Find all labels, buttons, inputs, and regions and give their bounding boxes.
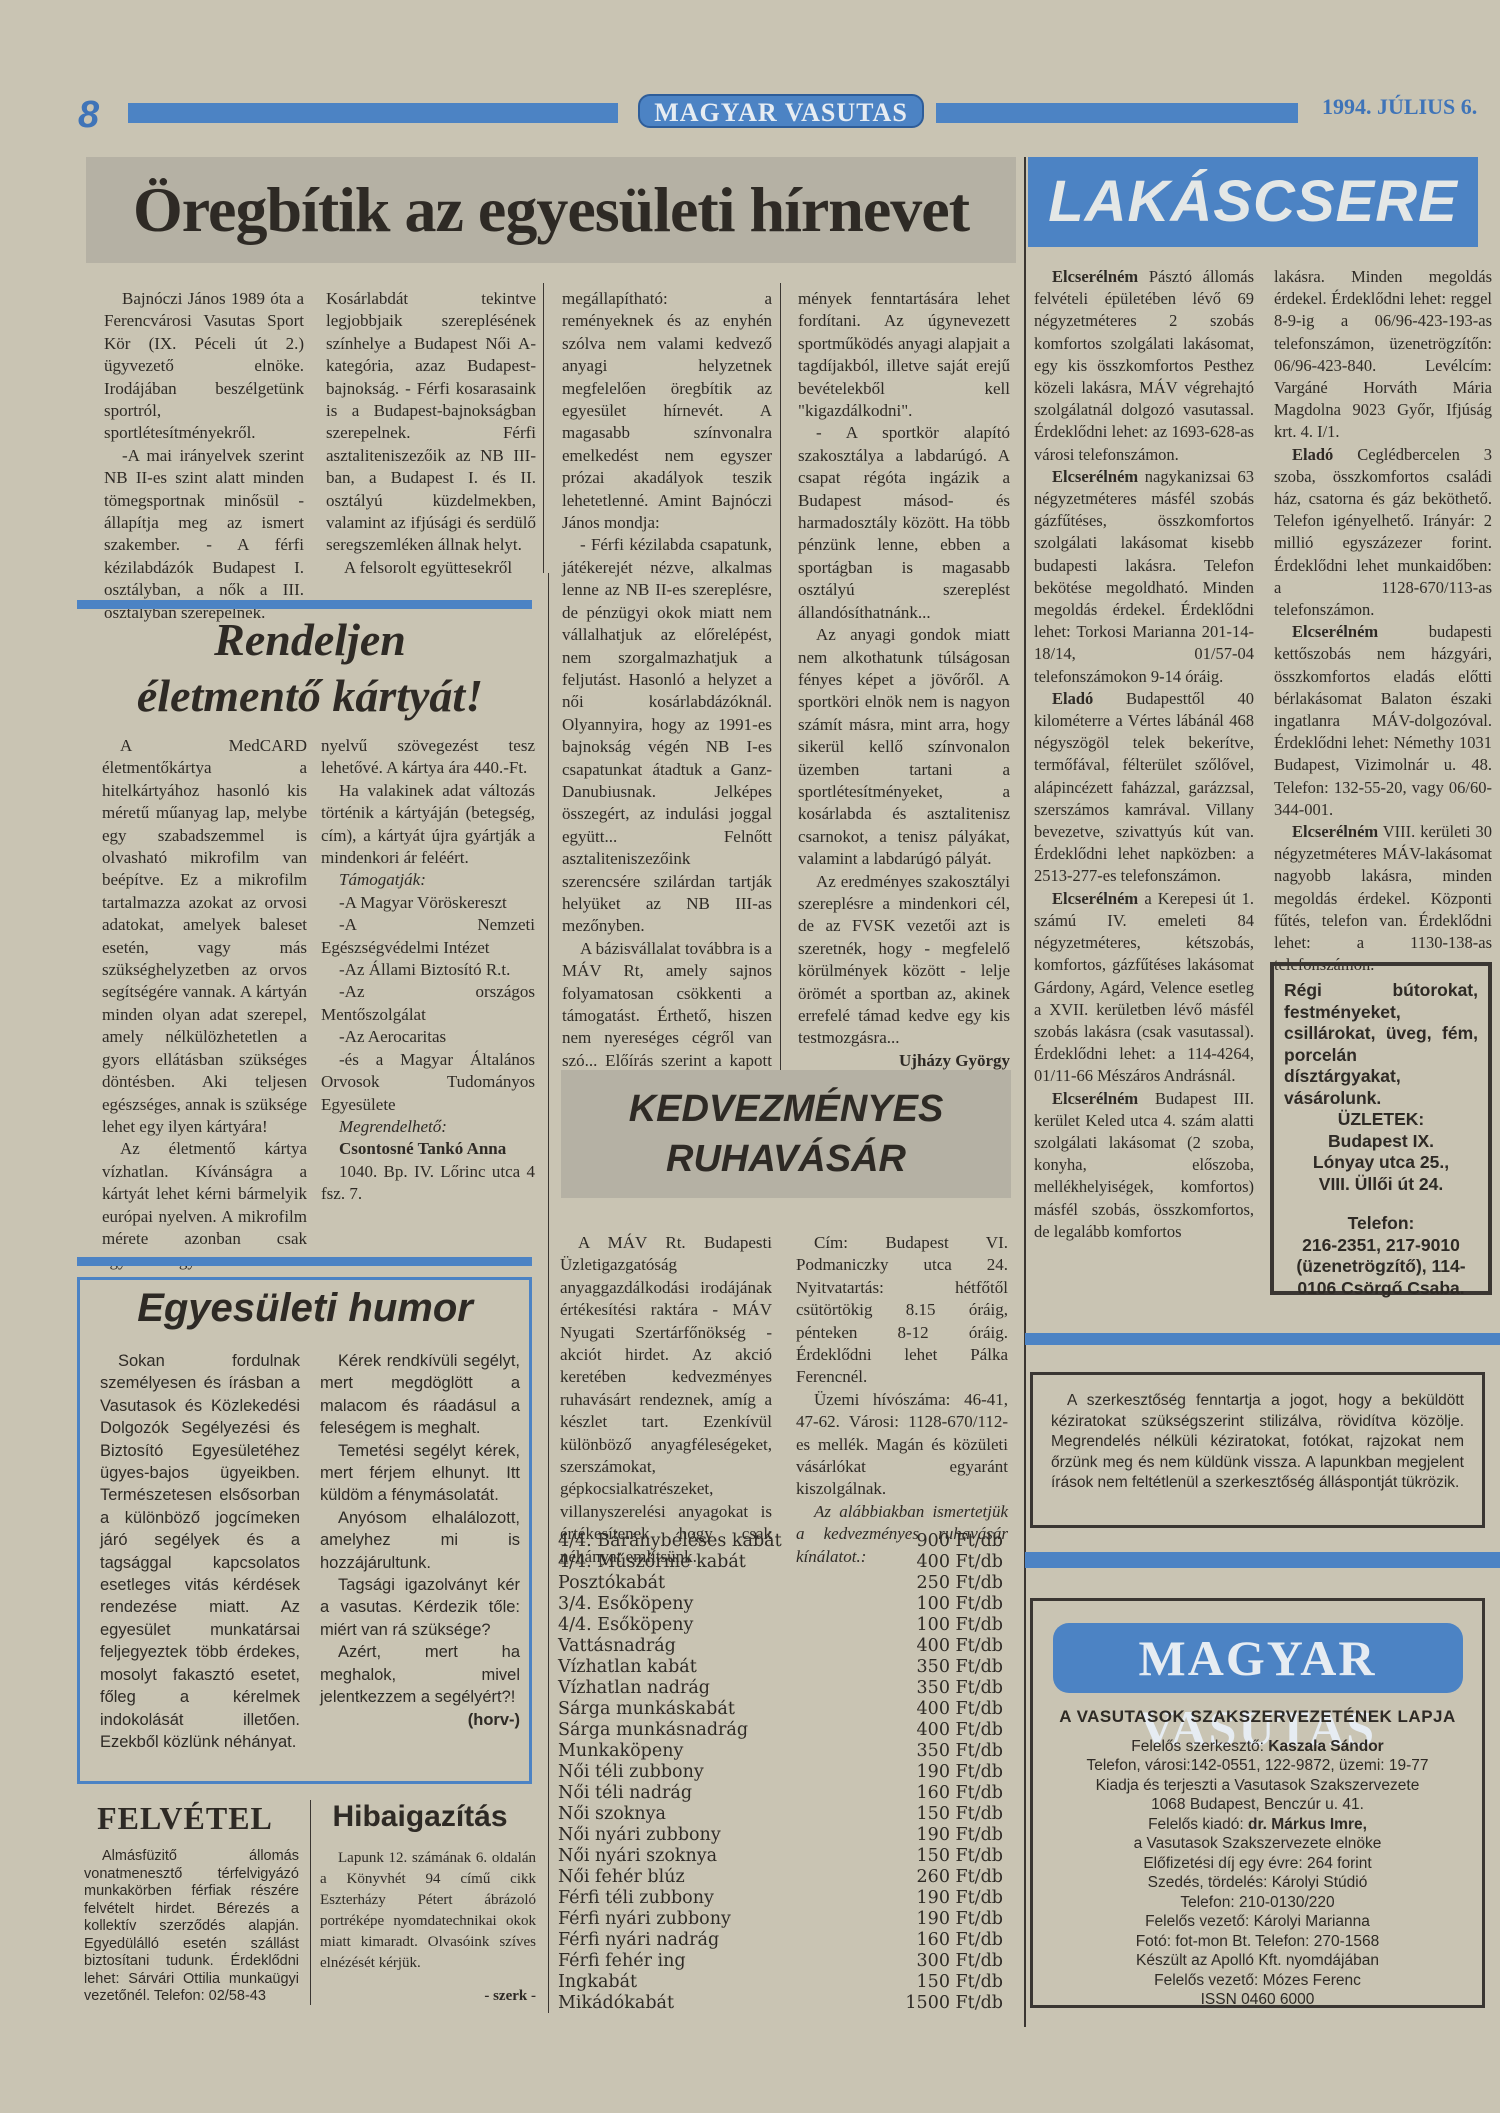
item-name: Női fehér blúz [558, 1867, 685, 1888]
item-price: 160 Ft/db [917, 1783, 1003, 1804]
classified-ad: Eladó Ceglédbercelen 3 szoba, összkomfor… [1274, 444, 1492, 622]
ad-lead: Elcserélném [1052, 467, 1138, 486]
imprint-line: Telefon, városi:142-0551, 122-9872, üzem… [1033, 1756, 1482, 1776]
item-price: 160 Ft/db [917, 1930, 1003, 1951]
item-price: 190 Ft/db [917, 1762, 1003, 1783]
price-row: Sárga munkáskabát400 Ft/db [558, 1699, 1003, 1720]
item-price: 260 Ft/db [917, 1867, 1003, 1888]
headline-line: KEDVEZMÉNYES [561, 1084, 1011, 1134]
main-article-col3: megállapítható: a reményeknek és az enyh… [562, 288, 772, 1095]
imprint-line: Szedés, tördelés: Károlyi Stúdió [1033, 1873, 1482, 1893]
item-price: 1500 Ft/db [905, 1993, 1003, 2014]
page-number: 8 [78, 94, 99, 137]
item-name: Női téli zubbony [558, 1762, 704, 1783]
masthead-logo-large: MAGYAR VASUTAS [1053, 1623, 1463, 1693]
editor-name: Kaszala Sándor [1268, 1738, 1383, 1755]
phone-numbers: 216-2351, 217-9010 (üzenetrögzítő), 114-… [1284, 1235, 1478, 1300]
quote: Tagsági igazolványt kér a vasutas. Kérde… [320, 1574, 520, 1641]
section-rule [77, 1257, 532, 1266]
order-label: Megrendelhető: [321, 1116, 535, 1138]
supporters-label: Támogatják: [321, 869, 535, 891]
paragraph: Lapunk 12. számának 6. oldalán a Könyvhé… [320, 1848, 536, 1974]
classified-ad: lakásra. Minden megoldás érdekel. Érdekl… [1274, 266, 1492, 444]
price-row: Női téli nadrág160 Ft/db [558, 1783, 1003, 1804]
imprint-line: Kiadja és terjeszti a Vasutasok Szakszer… [1033, 1776, 1482, 1796]
item-name: Női nyári zubbony [558, 1825, 721, 1846]
item-price: 250 Ft/db [917, 1573, 1003, 1594]
price-row: Férfi fehér ing300 Ft/db [558, 1951, 1003, 1972]
column-divider [310, 1800, 311, 2005]
item-name: Női téli nadrág [558, 1783, 692, 1804]
supporter: -A Magyar Vöröskereszt [321, 892, 535, 914]
ad-lead: Elcserélném [1052, 267, 1138, 286]
lakascsere-col2: lakásra. Minden megoldás érdekel. Érdekl… [1274, 266, 1492, 977]
item-name: 4/4. Esőköpeny [558, 1615, 693, 1636]
shop-line: Budapest IX. [1284, 1131, 1478, 1153]
classified-ad: Eladó Budapesttől 40 kilométerre a Vérte… [1034, 688, 1254, 888]
item-name: Férfi nyári zubbony [558, 1909, 731, 1930]
section-rule [77, 600, 532, 609]
order-name: Csontosné Tankó Anna [321, 1138, 535, 1160]
item-price: 400 Ft/db [917, 1636, 1003, 1657]
price-row: Vízhatlan kabát350 Ft/db [558, 1657, 1003, 1678]
supporter: -és a Magyar Általános Orvosok Tudományo… [321, 1049, 535, 1116]
item-price: 190 Ft/db [917, 1909, 1003, 1930]
paragraph: Sokan fordulnak személyesen és írásban a… [100, 1350, 300, 1753]
ruhavasar-headline: KEDVEZMÉNYES RUHAVÁSÁR [561, 1070, 1011, 1198]
imprint-line: a Vasutasok Szakszervezete elnöke [1033, 1834, 1482, 1854]
classified-ad: Elcserélném a Kerepesi út 1. számú IV. e… [1034, 888, 1254, 1088]
price-row: Női nyári szoknya150 Ft/db [558, 1846, 1003, 1867]
shop-line: VIII. Üllői út 24. [1284, 1174, 1478, 1196]
price-row: Női téli zubbony190 Ft/db [558, 1762, 1003, 1783]
paragraph: Kosárlabdát tekintve legjobbjaik szerepl… [326, 288, 536, 557]
item-name: Mikádókabát [558, 1993, 674, 2014]
main-article-col1: Bajnóczi János 1989 óta a Ferencvárosi V… [104, 288, 304, 624]
ad-lead: Eladó [1292, 445, 1333, 464]
header-rule-left [128, 103, 618, 123]
classified-ad: Elcserélném nagykanizsai 63 négyzetméter… [1034, 466, 1254, 688]
supporter: -Az Aerocaritas [321, 1026, 535, 1048]
item-name: Férfi fehér ing [558, 1951, 686, 1972]
column-divider-3 [780, 283, 781, 1073]
item-name: Női szoknya [558, 1804, 666, 1825]
shops-label: ÜZLETEK: [1284, 1109, 1478, 1131]
quote: Kérek rendkívüli segélyt, mert megdöglöt… [320, 1350, 520, 1440]
imprint-line: Felelős vezető: Károlyi Marianna [1033, 1912, 1482, 1932]
ruhavasar-col1: A MÁV Rt. Budapesti Üzletigazgatóság any… [560, 1232, 772, 1568]
paragraph: - A sportkör alapító szakosztálya a labd… [798, 422, 1010, 624]
headline-line: Rendeljen [90, 612, 530, 668]
price-row: 4/4. Báránybéléses kabát900 Ft/db [558, 1531, 1003, 1552]
paragraph: A MedCARD életmentőkártya a hitelkártyáh… [102, 735, 307, 1138]
imprint-lines: Felelős szerkesztő: Kaszala Sándor Telef… [1033, 1737, 1482, 2010]
paragraph: Ha valakinek adat változás történik a ká… [321, 780, 535, 870]
classified-ad: Elcserélném Pásztó állomás felvételi épü… [1034, 266, 1254, 466]
item-name: Vízhatlan kabát [558, 1657, 697, 1678]
label: Felelős kiadó: [1148, 1816, 1248, 1833]
ad-text: Pásztó állomás felvételi épületében lévő… [1034, 267, 1254, 464]
price-row: Vízhatlan nadrág350 Ft/db [558, 1678, 1003, 1699]
paragraph: Cím: Budapest VI. Podmaniczky utca 24. N… [796, 1232, 1008, 1389]
ruhavasar-col2: Cím: Budapest VI. Podmaniczky utca 24. N… [796, 1232, 1008, 1568]
medcard-headline: Rendeljen életmentő kártyát! [90, 612, 530, 724]
medcard-col1: A MedCARD életmentőkártya a hitelkártyáh… [102, 735, 307, 1273]
main-article-headline: Öregbítik az egyesületi hírnevet [86, 157, 1016, 263]
felvetel-headline: FELVÉTEL [85, 1800, 285, 1837]
editorial-disclaimer: A szerkesztőség fenntartja a jogot, hogy… [1030, 1372, 1485, 1528]
item-price: 400 Ft/db [917, 1552, 1003, 1573]
label: Felelős szerkesztő: [1131, 1738, 1268, 1755]
price-row: Posztókabát250 Ft/db [558, 1573, 1003, 1594]
paragraph: Az életmentő kártya vízhatlan. Kívánságr… [102, 1138, 307, 1272]
section-rule [1025, 1333, 1500, 1345]
lakascsere-col1: Elcserélném Pásztó állomás felvételi épü… [1034, 266, 1254, 1243]
price-row: Vattásnadrág400 Ft/db [558, 1636, 1003, 1657]
disclaimer-text: A szerkesztőség fenntartja a jogot, hogy… [1051, 1391, 1464, 1494]
paragraph: Bajnóczi János 1989 óta a Ferencvárosi V… [104, 288, 304, 445]
paragraph: Az anyagi gondok miatt nem alkothatunk t… [798, 624, 1010, 870]
paragraph: nyelvű szövegezést tesz lehetővé. A kárt… [321, 735, 535, 780]
paragraph: megállapítható: a reményeknek és az enyh… [562, 288, 772, 534]
item-price: 900 Ft/db [917, 1531, 1003, 1552]
felvetel-body: Almásfüzitő állomás vonatmenesztő térfel… [84, 1848, 299, 2006]
supporter: -Az országos Mentőszolgálat [321, 981, 535, 1026]
paragraph: Az eredményes szakosztályi szereplésre a… [798, 871, 1010, 1050]
supporter: -A Nemzeti Egészségvédelmi Intézet [321, 914, 535, 959]
price-list: 4/4. Báránybéléses kabát900 Ft/db4/4. Mű… [558, 1531, 1003, 2014]
ad-text: lakásra. Minden megoldás érdekel. Érdekl… [1274, 267, 1492, 441]
price-row: Női szoknya150 Ft/db [558, 1804, 1003, 1825]
quote: Temetési segélyt kérek, mert férjem elhu… [320, 1440, 520, 1507]
signature: - szerk - [320, 1986, 536, 2007]
item-price: 350 Ft/db [917, 1678, 1003, 1699]
ad-text: Budapesttől 40 kilométerre a Vértes lábá… [1034, 689, 1254, 886]
quote: Anyósom elhalálozott, amelyhez mi is hoz… [320, 1507, 520, 1574]
item-price: 400 Ft/db [917, 1699, 1003, 1720]
headline-line: RUHAVÁSÁR [561, 1134, 1011, 1184]
ad-lead: Elcserélném [1052, 889, 1138, 908]
price-row: Férfi téli zubbony190 Ft/db [558, 1888, 1003, 1909]
phone-label: Telefon: [1284, 1213, 1478, 1235]
humor-headline: Egyesületi humor [90, 1286, 520, 1331]
ad-lead: Elcserélném [1052, 1089, 1138, 1108]
price-row: Mikádókabát1500 Ft/db [558, 1993, 1003, 2014]
paragraph: - Férfi kézilabda csapatunk, játékerejét… [562, 534, 772, 937]
ad-text: nagykanizsai 63 négyzetméteres másfél sz… [1034, 467, 1254, 686]
price-row: Női nyári zubbony190 Ft/db [558, 1825, 1003, 1846]
imprint-line: Készült az Apolló Kft. nyomdájában [1033, 1951, 1482, 1971]
item-name: Sárga munkásnadrág [558, 1720, 748, 1741]
item-name: Posztókabát [558, 1573, 665, 1594]
item-name: 4/4. Báránybéléses kabát [558, 1531, 782, 1552]
hibaigazitas-headline: Hibaigazítás [320, 1800, 520, 1834]
humor-col1: Sokan fordulnak személyesen és írásban a… [100, 1350, 300, 1753]
item-price: 100 Ft/db [917, 1615, 1003, 1636]
antique-ad-box: Régi bútorokat, festményeket, csillároka… [1270, 962, 1492, 1295]
section-rule [1025, 1552, 1500, 1568]
ad-lead: Elcserélném [1292, 822, 1378, 841]
price-row: 4/4. Műszőrme kabát400 Ft/db [558, 1552, 1003, 1573]
item-price: 150 Ft/db [917, 1804, 1003, 1825]
imprint-box: MAGYAR VASUTAS A VASUTASOK SZAKSZERVEZET… [1030, 1598, 1485, 2008]
price-row: Ingkabát150 Ft/db [558, 1972, 1003, 1993]
imprint-subtitle: A VASUTASOK SZAKSZERVEZETÉNEK LAPJA [1033, 1707, 1482, 1727]
item-name: Női nyári szoknya [558, 1846, 717, 1867]
paragraph: -A mai irányelvek szerint NB II-es szint… [104, 445, 304, 624]
paragraph: mények fenntartására lehet fordítani. Az… [798, 288, 1010, 422]
column-divider-right [1024, 157, 1026, 2027]
supporter: -Az Állami Biztosító R.t. [321, 959, 535, 981]
paragraph: Üzemi hívószáma: 46-41, 47-62. Városi: 1… [796, 1389, 1008, 1501]
hibaigazitas-body: Lapunk 12. számának 6. oldalán a Könyvhé… [320, 1848, 536, 2007]
ad-text: Régi bútorokat, festményeket, csillároka… [1284, 980, 1478, 1109]
quote: Azért, mert ha meghalok, mivel jelentkez… [320, 1641, 520, 1708]
editor-line: Felelős szerkesztő: Kaszala Sándor [1033, 1737, 1482, 1757]
item-price: 300 Ft/db [917, 1951, 1003, 1972]
medcard-col2: nyelvű szövegezést tesz lehetővé. A kárt… [321, 735, 535, 1206]
paragraph: Almásfüzitő állomás vonatmenesztő térfel… [84, 1848, 299, 2006]
item-name: 3/4. Esőköpeny [558, 1594, 693, 1615]
classified-ad: Elcserélném VIII. kerületi 30 négyzetmét… [1274, 821, 1492, 976]
ad-text: a Kerepesi út 1. számú IV. emeleti 84 né… [1034, 889, 1254, 1086]
item-price: 190 Ft/db [917, 1825, 1003, 1846]
item-price: 100 Ft/db [917, 1594, 1003, 1615]
issue-date: 1994. JÚLIUS 6. [1322, 94, 1477, 120]
column-divider-mid [548, 573, 549, 2013]
item-price: 350 Ft/db [917, 1657, 1003, 1678]
main-article-col4: mények fenntartására lehet fordítani. Az… [798, 288, 1010, 1072]
item-price: 150 Ft/db [917, 1846, 1003, 1867]
ad-text: VIII. kerületi 30 négyzetméteres MÁV-lak… [1274, 822, 1492, 974]
ad-lead: Elcserélném [1292, 622, 1378, 641]
item-name: Férfi téli zubbony [558, 1888, 714, 1909]
item-name: Vízhatlan nadrág [558, 1678, 710, 1699]
column-divider-1 [543, 283, 544, 573]
price-row: Munkaköpeny350 Ft/db [558, 1741, 1003, 1762]
item-name: Vattásnadrág [558, 1636, 676, 1657]
item-price: 150 Ft/db [917, 1972, 1003, 1993]
price-row: 3/4. Esőköpeny100 Ft/db [558, 1594, 1003, 1615]
imprint-line: Telefon: 210-0130/220 [1033, 1893, 1482, 1913]
item-name: Ingkabát [558, 1972, 637, 1993]
ad-text: Budapest III. kerület Keled utca 4. szám… [1034, 1089, 1254, 1241]
main-article-col2: Kosárlabdát tekintve legjobbjaik szerepl… [326, 288, 536, 579]
item-name: 4/4. Műszőrme kabát [558, 1552, 746, 1573]
ad-text: Ceglédbercelen 3 szoba, összkomfortos cs… [1274, 445, 1492, 619]
item-price: 400 Ft/db [917, 1720, 1003, 1741]
humor-col2: Kérek rendkívüli segélyt, mert megdöglöt… [320, 1350, 520, 1731]
item-price: 190 Ft/db [917, 1888, 1003, 1909]
ad-text: budapesti kettőszobás nem házgyári, össz… [1274, 622, 1492, 819]
price-row: Sárga munkásnadrág400 Ft/db [558, 1720, 1003, 1741]
imprint-line: Felelős vezető: Mózes Ferenc [1033, 1971, 1482, 1991]
masthead-logo: MAGYAR VASUTAS [638, 94, 924, 128]
item-name: Sárga munkáskabát [558, 1699, 735, 1720]
classified-ad: Elcserélném Budapest III. kerület Keled … [1034, 1088, 1254, 1243]
signature: (horv-) [320, 1709, 520, 1731]
author-byline: Ujházy György [798, 1050, 1010, 1072]
paragraph: A felsorolt együttesekről [326, 557, 536, 579]
price-row: Férfi nyári nadrág160 Ft/db [558, 1930, 1003, 1951]
publisher-name: dr. Márkus Imre, [1248, 1816, 1367, 1833]
item-price: 350 Ft/db [917, 1741, 1003, 1762]
imprint-line: Előfizetési díj egy évre: 264 forint [1033, 1854, 1482, 1874]
imprint-line: ISSN 0460 6000 [1033, 1990, 1482, 2010]
order-address: 1040. Bp. IV. Lőrinc utca 4 fsz. 7. [321, 1161, 535, 1206]
imprint-line: 1068 Budapest, Benczúr u. 41. [1033, 1795, 1482, 1815]
shop-line: Lónyay utca 25., [1284, 1152, 1478, 1174]
lakascsere-headline: LAKÁSCSERE [1028, 157, 1478, 247]
price-row: Férfi nyári zubbony190 Ft/db [558, 1909, 1003, 1930]
price-row: 4/4. Esőköpeny100 Ft/db [558, 1615, 1003, 1636]
ad-lead: Eladó [1052, 689, 1093, 708]
item-name: Munkaköpeny [558, 1741, 683, 1762]
item-name: Férfi nyári nadrág [558, 1930, 719, 1951]
headline-line: életmentő kártyát! [90, 668, 530, 724]
publisher-line: Felelős kiadó: dr. Márkus Imre, [1033, 1815, 1482, 1835]
header-rule-right [936, 103, 1298, 123]
paragraph: A MÁV Rt. Budapesti Üzletigazgatóság any… [560, 1232, 772, 1568]
classified-ad: Elcserélném budapesti kettőszobás nem há… [1274, 621, 1492, 821]
imprint-line: Fotó: fot-mon Bt. Telefon: 270-1568 [1033, 1932, 1482, 1952]
price-row: Női fehér blúz260 Ft/db [558, 1867, 1003, 1888]
